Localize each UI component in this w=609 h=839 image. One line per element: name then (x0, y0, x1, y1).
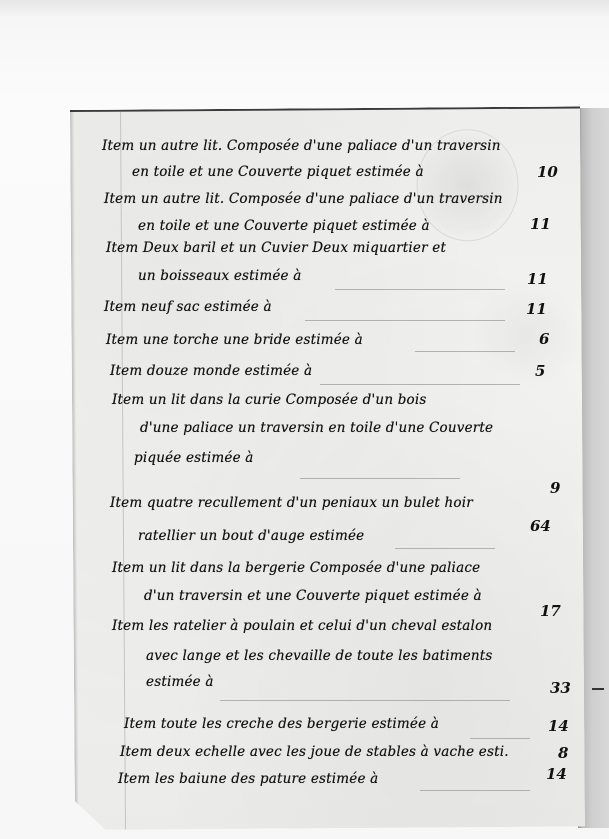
filler-dash (220, 700, 510, 701)
handwritten-line: piquée estimée à (134, 450, 254, 466)
estimated-amount: 17 (540, 602, 561, 620)
filler-dash (395, 548, 495, 549)
handwritten-line: Item quatre recullement d'un peniaux un … (110, 495, 473, 511)
handwritten-line: un boisseaux estimée à (138, 268, 301, 284)
estimated-amount: 6 (539, 330, 549, 348)
edge-mark (592, 688, 604, 690)
estimated-amount: 11 (530, 215, 551, 233)
filler-dash (335, 289, 505, 290)
estimated-amount: 14 (548, 717, 569, 735)
handwritten-line: Item un autre lit. Composée d'une paliac… (102, 138, 501, 154)
faint-watermark (471, 278, 582, 389)
handwritten-line: Item douze monde estimée à (110, 363, 312, 379)
estimated-amount: 64 (530, 517, 551, 535)
filler-dash (420, 790, 530, 791)
handwritten-line: ratellier un bout d'auge estimée (138, 528, 364, 544)
handwritten-line: Item un autre lit. Composée d'une paliac… (104, 191, 503, 207)
estimated-amount: 10 (537, 163, 558, 181)
handwritten-line: Item les baiune des pature estimée à (118, 771, 378, 787)
filler-dash (415, 351, 515, 352)
handwritten-line: d'un traversin et une Couverte piquet es… (144, 588, 482, 604)
handwritten-line: Item deux echelle avec les joue de stabl… (120, 744, 509, 760)
estimated-amount: 5 (535, 362, 545, 380)
handwritten-line: en toile et une Couverte piquet estimée … (138, 218, 430, 234)
estimated-amount: 9 (550, 479, 560, 497)
estimated-amount: 33 (550, 679, 571, 697)
estimated-amount: 11 (526, 300, 547, 318)
handwritten-line: Item un lit dans la curie Composée d'un … (112, 392, 427, 408)
handwritten-line: Item neuf sac estimée à (104, 299, 272, 315)
filler-dash (320, 384, 520, 385)
handwritten-line: en toile et une Couverte piquet estimée … (132, 164, 424, 180)
filler-dash (305, 320, 505, 321)
estimated-amount: 8 (558, 744, 568, 762)
handwritten-line: d'une paliace un traversin en toile d'un… (140, 420, 493, 436)
estimated-amount: 14 (546, 765, 567, 783)
handwritten-line: Item une torche une bride estimée à (106, 332, 363, 348)
handwritten-line: Item toute les creche des bergerie estim… (124, 716, 439, 732)
filler-dash (470, 738, 530, 739)
estimated-amount: 11 (527, 270, 548, 288)
filler-dash (300, 478, 460, 479)
handwritten-line: estimée à (146, 674, 214, 690)
handwritten-line: Item un lit dans la bergerie Composée d'… (112, 560, 480, 576)
handwritten-line: Item Deux baril et un Cuvier Deux miquar… (106, 240, 446, 256)
handwritten-line: Item les ratelier à poulain et celui d'u… (112, 618, 492, 634)
handwritten-line: avec lange et les chevaille de toute les… (146, 648, 493, 664)
